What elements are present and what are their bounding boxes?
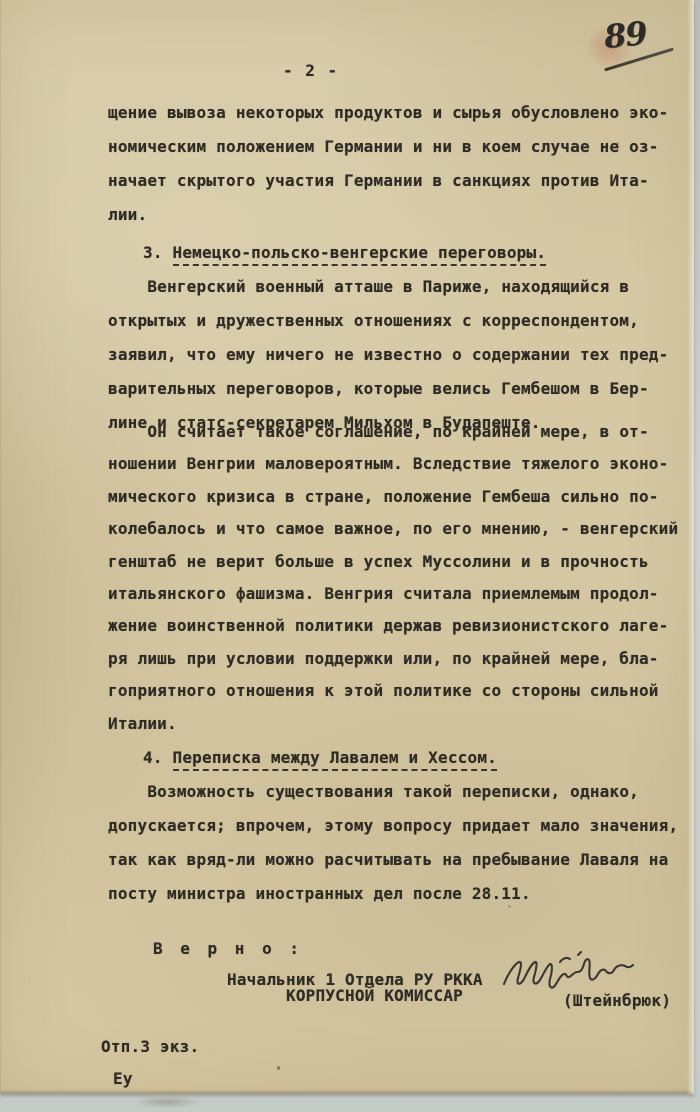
section-3-heading: 3. Немецко-польско-венгерские переговоры…	[143, 236, 546, 270]
section-4-heading: 4. Переписка между Лавалем и Хессом.	[143, 741, 497, 775]
typist-initials: Еу	[113, 1062, 133, 1096]
signature-name-typed: (Штейнбрюк)	[563, 984, 671, 1018]
verno-label: В е р н о :	[153, 932, 303, 966]
paper-right-edge	[687, 0, 694, 1094]
section-3-title: Немецко-польско-венгерские переговоры.	[173, 243, 547, 266]
section-3-number: 3.	[143, 243, 163, 262]
official-title: Начальник 1 Отдела РУ РККА КОРПУСНОЙ КОМ…	[227, 972, 483, 1004]
body-paragraph-3: Он считает такое соглашение, по крайней …	[108, 416, 678, 740]
body-paragraph-1: щение вывоза некоторых продуктов и сырья…	[108, 96, 668, 232]
body-paragraph-4: Возможность существования такой переписк…	[108, 775, 678, 911]
section-4-number: 4.	[143, 748, 163, 767]
handwritten-page-number: 89	[602, 16, 648, 54]
paper-speck	[277, 1066, 280, 1070]
body-paragraph-2: Венгерский военный атташе в Париже, нахо…	[108, 270, 668, 440]
paper-smudge	[132, 1096, 202, 1108]
section-4-title: Переписка между Лавалем и Хессом.	[173, 748, 497, 771]
copies-note: Отп.3 экз.	[101, 1030, 199, 1064]
page-number: - 2 -	[283, 54, 339, 88]
document-paper: 89 - 2 - щение вывоза некоторых продукто…	[0, 0, 694, 1094]
paper-speck	[508, 905, 511, 908]
paper-speck	[616, 142, 619, 145]
